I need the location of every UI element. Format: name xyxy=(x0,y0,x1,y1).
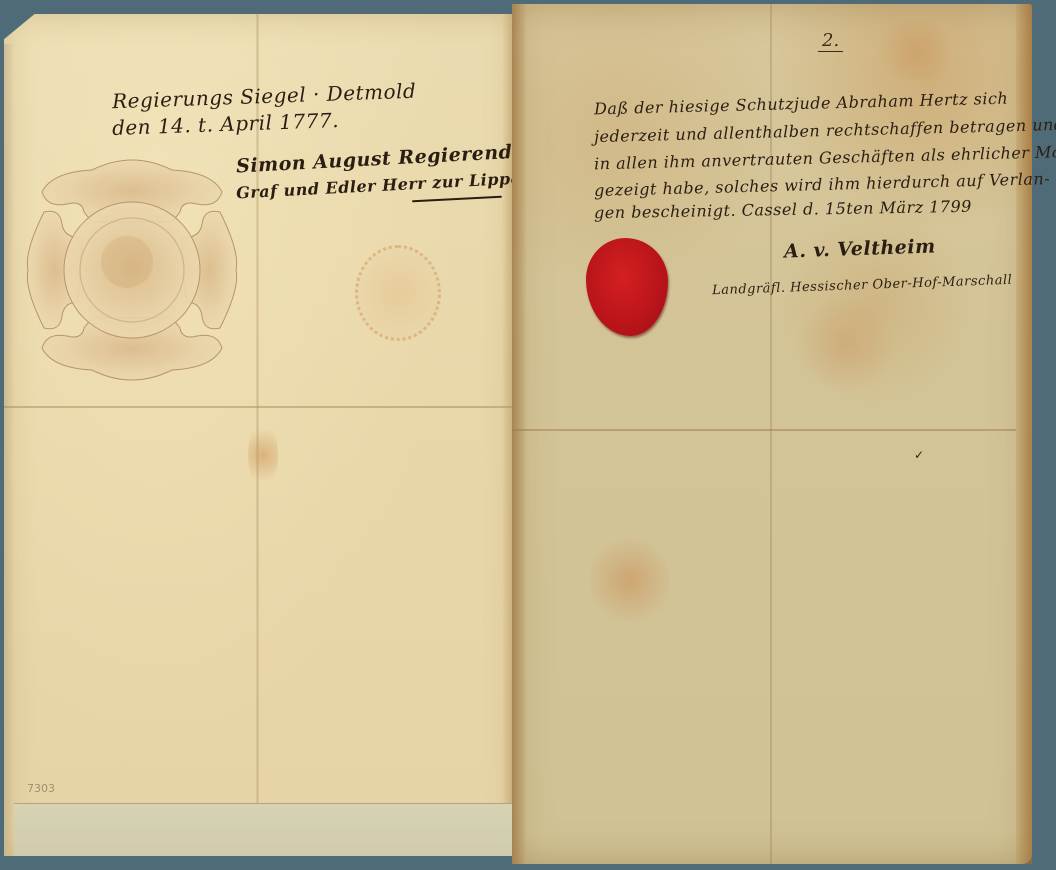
stain xyxy=(590,530,670,630)
stain xyxy=(790,300,900,390)
page-edge xyxy=(4,44,14,856)
stain xyxy=(870,20,960,80)
page-gutter xyxy=(512,4,526,864)
paper-strip xyxy=(14,803,514,856)
stain xyxy=(248,420,278,490)
faded-stamp-icon xyxy=(355,245,441,341)
document-photo: Regierungs Siegel · Detmold den 14. t. A… xyxy=(0,0,1056,870)
fold-line-horizontal xyxy=(4,406,514,408)
pencil-note: 7303 xyxy=(27,782,55,795)
fold-line-horizontal xyxy=(512,429,1016,431)
ink-mark: ✓ xyxy=(914,448,924,462)
embossed-seal-icon xyxy=(22,152,242,388)
page-number-mark: 2. xyxy=(818,30,843,52)
